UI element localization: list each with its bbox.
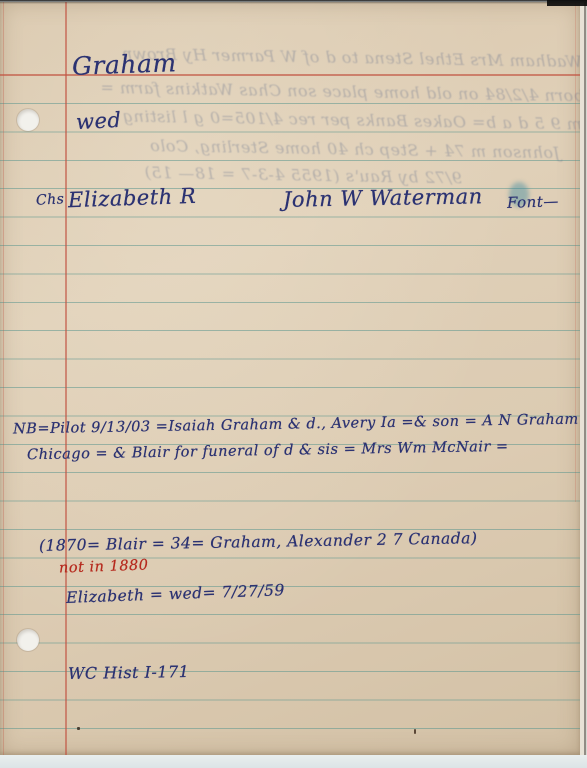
scan-top-edge	[0, 0, 587, 4]
wed-note: wed	[75, 108, 122, 134]
source-citation: WC Hist I-171	[68, 662, 190, 683]
paper-speck	[77, 727, 80, 730]
chs-abbreviation: Chs	[36, 191, 65, 208]
scan-corner-blot	[547, 0, 587, 6]
bride-name: Elizabeth R	[68, 184, 197, 212]
hole-punch-bottom	[17, 629, 39, 651]
left-edge-rule	[3, 2, 4, 755]
paper-speck	[414, 729, 416, 734]
font-note: Font—	[507, 192, 559, 212]
groom-name: John W Waterman	[283, 184, 483, 211]
not-in-1880-note: not in 1880	[59, 557, 149, 576]
hole-punch-top	[17, 109, 39, 131]
surname-heading: Graham	[72, 48, 177, 81]
scanner-bed-strip	[0, 755, 587, 768]
